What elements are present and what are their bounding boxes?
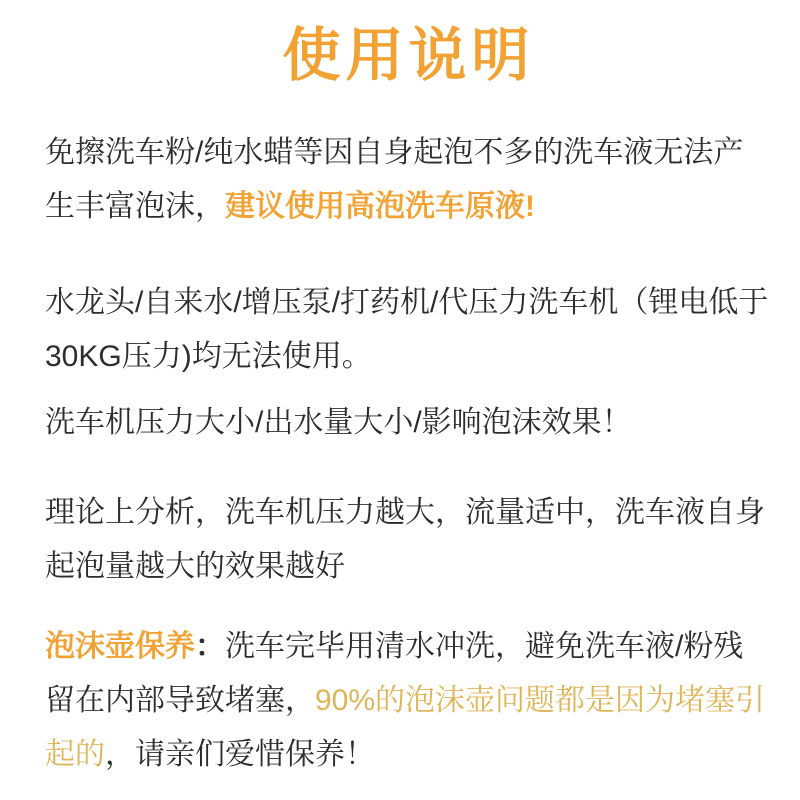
paragraph-text: 水龙头/自来水/增压泵/打药机/代压力洗车机（锂电低于30KG压力)均无法使用。 [45, 286, 768, 373]
paragraph-kettle-maintenance: 泡沫壶保养：洗车完毕用清水冲洗，避免洗车液/粉残留在内部导致堵塞，90%的泡沫壶… [45, 620, 772, 782]
paragraph-water-source-limits: 水龙头/自来水/增压泵/打药机/代压力洗车机（锂电低于30KG压力)均无法使用。 [45, 276, 772, 384]
paragraph-theory-analysis: 理论上分析，洗车机压力越大，流量适中，洗车液自身起泡量越大的效果越好 [45, 486, 772, 594]
instruction-sheet: 使用说明 免擦洗车粉/纯水蜡等因自身起泡不多的洗车液无法产生丰富泡沫，建议使用高… [0, 0, 800, 800]
paragraph-text: ，请亲们爱惜保养！ [105, 738, 375, 771]
paragraph-foam-warning: 免擦洗车粉/纯水蜡等因自身起泡不多的洗车液无法产生丰富泡沫，建议使用高泡洗车原液… [45, 126, 772, 234]
paragraph-pressure-flow-effect: 洗车机压力大小/出水量大小/影响泡沫效果！ [45, 396, 772, 450]
paragraph-text: 理论上分析，洗车机压力越大，流量适中，洗车液自身起泡量越大的效果越好 [45, 496, 765, 583]
maintenance-label: 泡沫壶保养 [45, 630, 195, 663]
page-title: 使用说明 [45, 24, 772, 88]
paragraph-text: 洗车机压力大小/出水量大小/影响泡沫效果！ [45, 406, 632, 439]
maintenance-colon: ： [195, 630, 225, 663]
highlight-use-high-foam-concentrate: 建议使用高泡洗车原液! [225, 190, 535, 223]
